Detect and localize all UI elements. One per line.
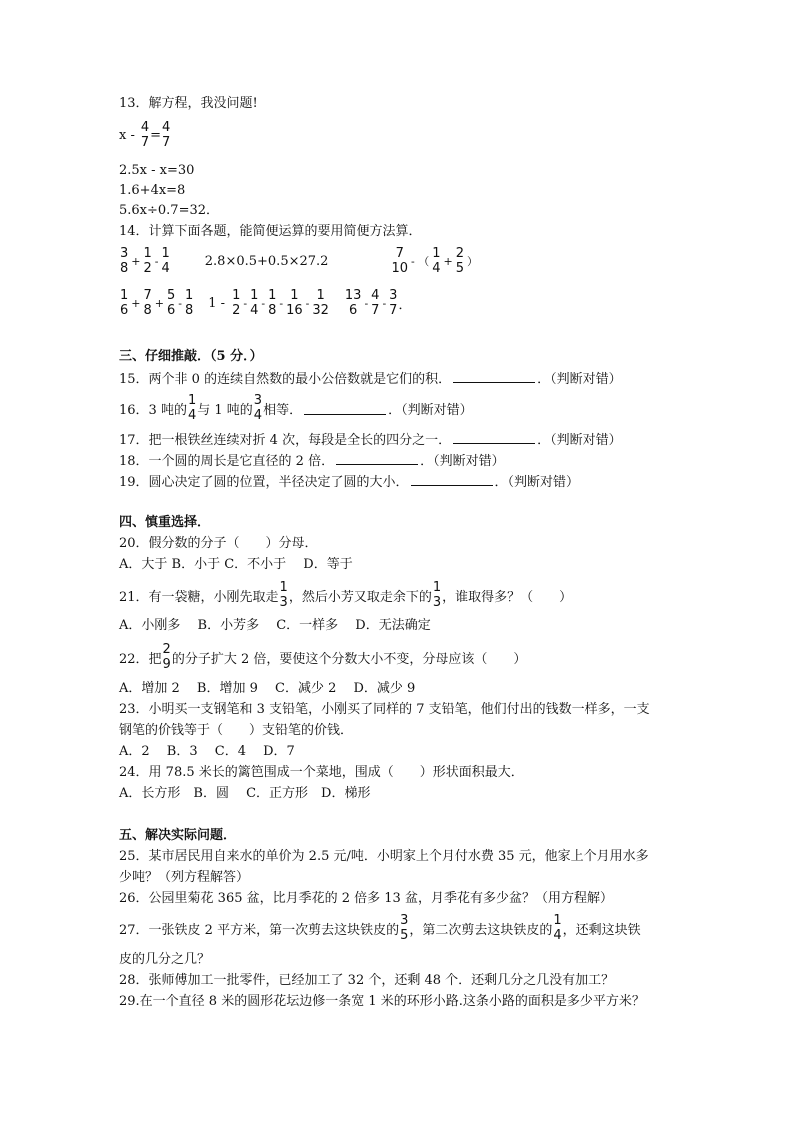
fraction: 18 — [268, 288, 276, 318]
q17: 17．把一根铁丝连续对折 4 次，每段是全长的四分之一．．（判断对错） — [119, 431, 622, 449]
fraction: 16 — [120, 288, 128, 318]
fraction: 56 — [167, 288, 175, 318]
answer-blank[interactable] — [453, 431, 535, 444]
q29: 29.在一个直径 8 米的圆形花坛边修一条宽 1 米的环形小路.这条小路的面积是… — [119, 994, 645, 1010]
plus-sign: + — [443, 255, 452, 268]
q26: 26．公园里菊花 365 盆，比月季花的 2 倍多 13 盆，月季花有多少盆？（… — [119, 891, 613, 907]
q25-line-1: 25．某市居民用自来水的单价为 2.5 元/吨．小明家上个月付水费 35 元，他… — [119, 849, 649, 865]
fraction: 47 — [162, 120, 170, 150]
q23-options: A．2 B．3 C．4 D．7 — [119, 744, 295, 760]
q18-text: 18．一个圆的周长是它直径的 2 倍． — [119, 454, 334, 469]
q16-tail: ．（判断对错） — [388, 399, 473, 418]
answer-blank[interactable] — [453, 370, 535, 383]
q22-options: A．增加 2 B．增加 9 C．减少 2 D．减少 9 — [119, 681, 415, 697]
fraction: 12 — [232, 288, 240, 318]
answer-blank[interactable] — [304, 402, 386, 415]
minus-sign: - — [155, 255, 159, 268]
worksheet-page: 13．解方程，我没问题! x - 47 = 47 2.5x - x=30 1.6… — [0, 0, 793, 1122]
fraction: 25 — [456, 246, 464, 276]
q27-text-mid: ，第二次剪去这块铁皮的 — [409, 919, 552, 938]
fraction: 12 — [144, 246, 152, 276]
q21-text-mid: ，然后小芳又取走余下的 — [289, 586, 432, 605]
section-3-heading: 三、仔细推敲．（5 分．） — [119, 349, 263, 365]
q16-text-mid: 与 1 吨的 — [197, 399, 253, 418]
q21: 21．有一袋糖，小刚先取走 13 ，然后小芳又取走余下的 13 ，谁取得多？（ … — [119, 580, 572, 610]
q18: 18．一个圆的周长是它直径的 2 倍．．（判断对错） — [119, 452, 505, 470]
plus-sign: + — [131, 297, 140, 310]
fraction: 34 — [254, 393, 262, 423]
q24-text: 24．用 78.5 米长的篱笆围成一个菜地，围成（ ）形状面积最大． — [119, 765, 524, 781]
fraction: 136 — [345, 288, 362, 318]
fraction: 14 — [188, 393, 196, 423]
minus-sign: - — [364, 297, 368, 310]
q13-equation-3: 1.6+4x=8 — [119, 183, 185, 199]
q13-equation-1: x - 47 = 47 — [119, 120, 171, 150]
q22-text: 22．把 — [119, 648, 162, 667]
minus-sign: - — [306, 297, 310, 310]
q16: 16．3 吨的 14 与 1 吨的 34 相等． ．（判断对错） — [119, 393, 473, 423]
q16-text-post: 相等． — [263, 399, 302, 418]
fraction: 29 — [163, 642, 171, 672]
period: ． — [398, 294, 411, 313]
fraction: 14 — [553, 913, 561, 943]
section-4-heading: 四、慎重选择． — [119, 515, 210, 531]
q23-line-2: 钢笔的价钱等于（ ）支铅笔的价钱． — [119, 723, 353, 739]
q14-row-2: 16 + 78 + 56 - 18 1 - 12 - 14 - 18 - 116… — [119, 288, 411, 318]
q13-equation-4: 5.6x÷0.7=32． — [119, 203, 219, 219]
q13-eq1-lhs: x - — [119, 128, 135, 143]
fraction: 37 — [389, 288, 397, 318]
q28: 28．张师傅加工一批零件，已经加工了 32 个，还剩 48 个．还剩几分之几没有… — [119, 973, 614, 989]
fraction: 13 — [280, 580, 288, 610]
q16-text: 16．3 吨的 — [119, 399, 187, 418]
q19-text: 19．圆心决定了圆的位置，半径决定了圆的大小． — [119, 475, 409, 490]
fraction: 116 — [286, 288, 303, 318]
q25-line-2: 少吨？（列方程解答） — [119, 870, 249, 886]
close-paren: ） — [467, 253, 478, 269]
q14-title: 14．计算下面各题，能简便运算的要用简便方法算． — [119, 224, 422, 240]
q20-options: A．大于 B．小于 C．不小于 D．等于 — [119, 557, 353, 573]
fraction: 35 — [400, 913, 408, 943]
q27-text-post: ，还剩这块铁 — [563, 919, 641, 938]
answer-blank[interactable] — [336, 452, 418, 465]
q23-line-1: 23．小明买一支钢笔和 3 支铅笔，小刚买了同样的 7 支铅笔，他们付出的钱数一… — [119, 702, 650, 718]
q14-b-lead: 1 - — [208, 296, 225, 311]
q13-equation-2: 2.5x - x=30 — [119, 163, 194, 179]
q13-title: 13．解方程，我没问题! — [119, 96, 258, 112]
fraction: 14 — [432, 246, 440, 276]
q27-line-2: 皮的几分之几？ — [119, 952, 210, 968]
q14-row-1: 38 + 12 - 14 2.8×0.5+0.5×27.2 710 - （ 14… — [119, 246, 480, 276]
minus-sign: - — [243, 297, 247, 310]
minus-sign: - — [279, 297, 283, 310]
minus-sign: - — [261, 297, 265, 310]
q27-text: 27．一张铁皮 2 平方米，第一次剪去这块铁皮的 — [119, 919, 399, 938]
fraction: 18 — [185, 288, 193, 318]
q21-text-post: ，谁取得多？（ ） — [442, 586, 572, 605]
plus-sign: + — [131, 255, 140, 268]
q27: 27．一张铁皮 2 平方米，第一次剪去这块铁皮的 35 ，第二次剪去这块铁皮的 … — [119, 913, 641, 943]
fraction: 14 — [250, 288, 258, 318]
q21-options: A．小刚多 B．小芳多 C．一样多 D．无法确定 — [119, 618, 431, 634]
q22-text-post: 的分子扩大 2 倍，要使这个分数大小不变，分母应该（ ） — [172, 648, 527, 667]
answer-blank[interactable] — [411, 473, 493, 486]
q15-tail: ．（判断对错） — [537, 372, 622, 387]
q20-text: 20．假分数的分子（ ）分母． — [119, 536, 318, 552]
fraction: 14 — [162, 246, 170, 276]
section-5-heading: 五、解决实际问题． — [119, 828, 236, 844]
q15: 15．两个非 0 的连续自然数的最小公倍数就是它们的积．．（判断对错） — [119, 370, 622, 388]
minus-paren: - （ — [411, 253, 429, 269]
q24-options: A．长方形 B．圆 C．正方形 D．梯形 — [119, 786, 370, 802]
fraction: 13 — [433, 580, 441, 610]
minus-sign: - — [382, 297, 386, 310]
fraction: 47 — [141, 120, 149, 150]
fraction: 710 — [391, 246, 408, 276]
fraction: 47 — [371, 288, 379, 318]
q17-text: 17．把一根铁丝连续对折 4 次，每段是全长的四分之一． — [119, 433, 451, 448]
q22: 22．把 29 的分子扩大 2 倍，要使这个分数大小不变，分母应该（ ） — [119, 642, 526, 672]
fraction: 132 — [312, 288, 329, 318]
plus-sign: + — [155, 297, 164, 310]
q18-tail: ．（判断对错） — [420, 454, 505, 469]
q21-text: 21．有一袋糖，小刚先取走 — [119, 586, 279, 605]
fraction: 38 — [120, 246, 128, 276]
q17-tail: ．（判断对错） — [537, 433, 622, 448]
minus-sign: - — [178, 297, 182, 310]
equals-sign: = — [150, 128, 161, 143]
q19-tail: ．（判断对错） — [495, 475, 580, 490]
q19: 19．圆心决定了圆的位置，半径决定了圆的大小．．（判断对错） — [119, 473, 579, 491]
fraction: 78 — [144, 288, 152, 318]
q15-text: 15．两个非 0 的连续自然数的最小公倍数就是它们的积． — [119, 372, 451, 387]
q14-expression-b: 2.8×0.5+0.5×27.2 — [205, 254, 329, 269]
